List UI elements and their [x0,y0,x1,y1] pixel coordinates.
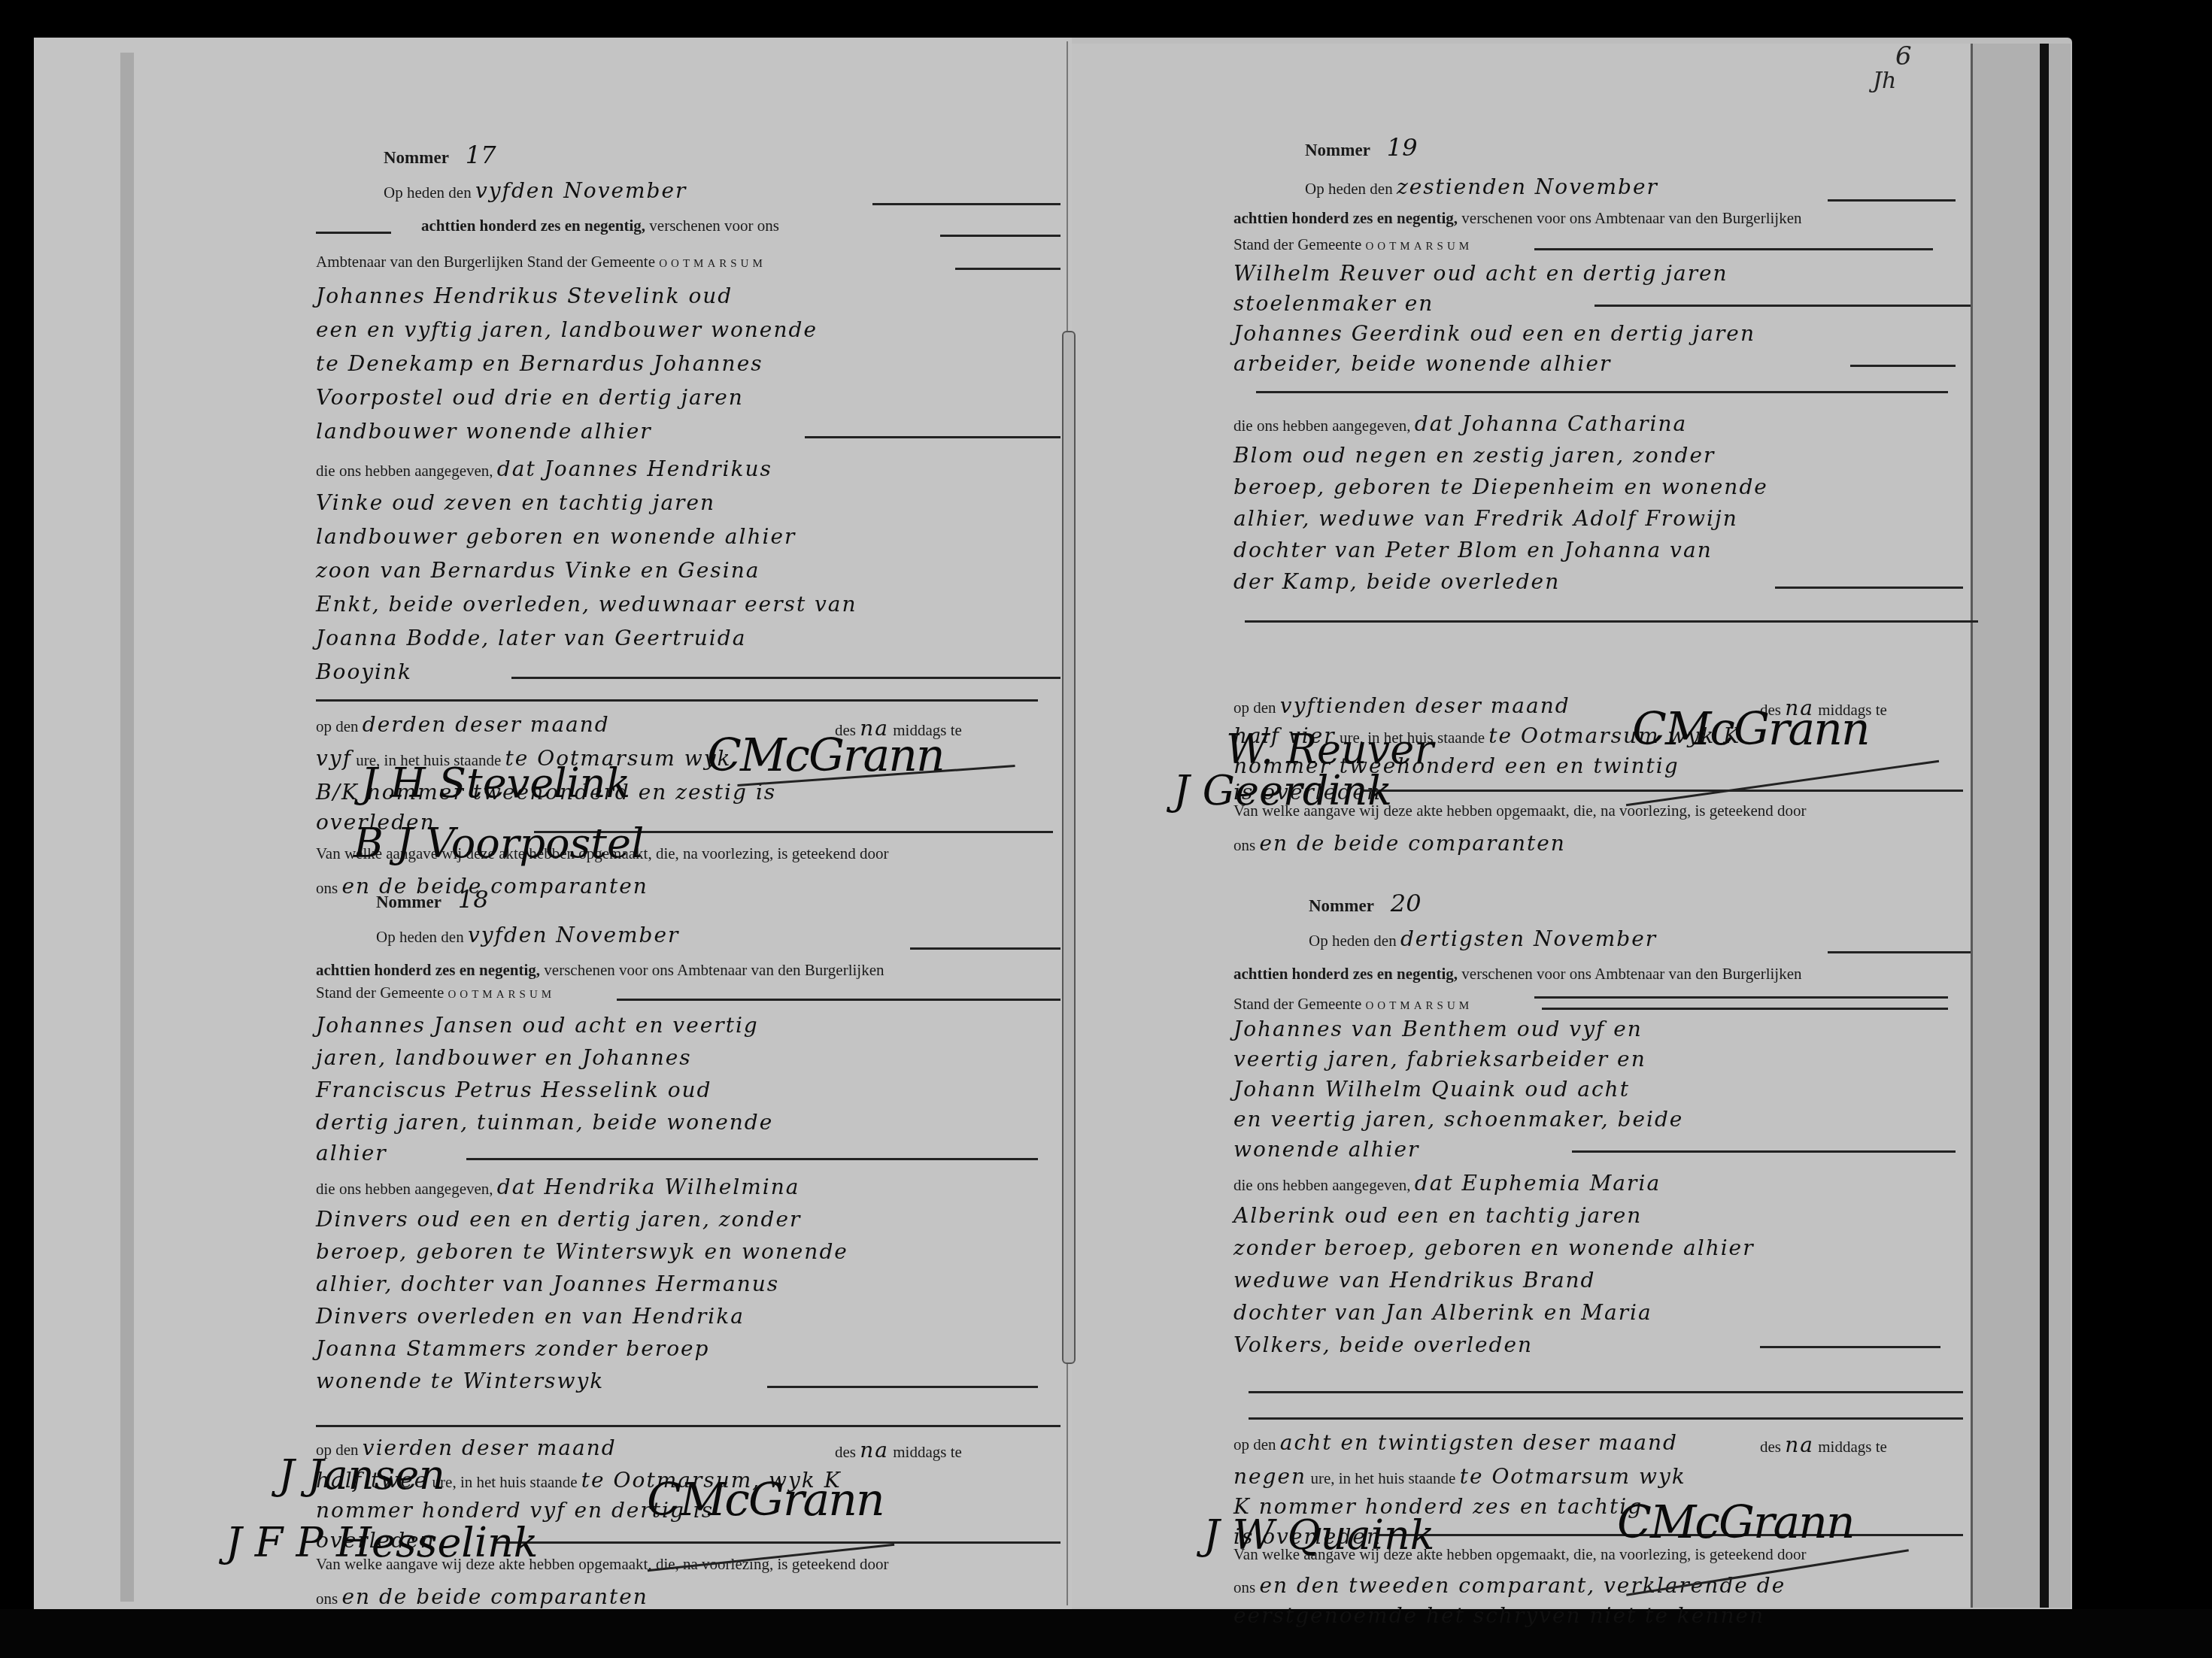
signature-declarant-1: J H Stevelink [361,759,630,807]
declarant-line: Johann Wilhelm Quaink oud acht [1233,1079,1630,1100]
fill-rule [1249,1417,1963,1420]
right-binding-edge [2040,44,2049,1608]
verschenen-text: verschenen voor ons Ambtenaar van den Bu… [544,961,884,979]
fill-rule [872,203,1060,205]
death-hour: vyf [316,746,352,771]
death-day: derden deser maand [363,712,610,737]
fill-rule [1760,1346,1940,1348]
nommer-value: 17 [466,141,496,169]
op-heden-label: Op heden den [1309,932,1397,950]
verschenen-text: verschenen voor ons Ambtenaar van den Bu… [1461,209,1801,227]
signed-by-line: en den tweeden comparant, verklarende de [1259,1573,1786,1598]
ambtenaar-text: Ambtenaar van den Burgerlijken Stand der… [316,253,655,271]
statement-line: Volkers, beide overleden [1233,1335,1533,1356]
fill-rule [316,699,1038,702]
fill-rule [1361,790,1963,792]
record-date: vyfden November [468,923,680,947]
statement-line: dat Johanna Catharina [1415,411,1687,436]
fill-rule [1542,1008,1948,1010]
signature-declarant-1: W. Reuver [1226,726,1434,773]
declarant-line: Wilhelm Reuver oud acht en dertig jaren [1233,263,1728,284]
statement-line: Joanna Stammers zonder beroep [316,1338,710,1359]
signature-declarant-1: J Jansen [278,1451,445,1499]
declarant-line: Johannes Geerdink oud een en dertig jare… [1233,323,1755,344]
page-number-annotation: Jh [1873,68,1896,94]
statement-line: zoon van Bernardus Vinke en Gesina [316,560,760,581]
fill-rule [1534,248,1933,250]
fill-rule [1572,1150,1956,1153]
fill-rule [511,677,1060,679]
declarant-line: jaren, landbouwer en Johannes [316,1047,692,1068]
declarant-line: stoelenmaker en [1233,293,1434,314]
signature-declarant-2: J F P Hesselink [226,1519,538,1566]
gemeente-name: OOTMARSUM [1366,1000,1473,1012]
nommer-label: Nommer [1305,141,1370,159]
statement-line: dat Joannes Hendrikus [497,456,772,481]
page-number: 6 [1895,41,1912,71]
declarant-line: Johannes Hendrikus Stevelink oud [316,286,733,307]
op-heden-label: Op heden den [376,928,464,946]
verschenen-text: verschenen voor ons Ambtenaar van den Bu… [1461,965,1801,983]
fill-rule [1256,391,1948,393]
declarant-line: Voorpostel oud drie en dertig jaren [316,387,744,408]
signature-declarant: J W Quaink [1203,1511,1435,1559]
fill-rule [910,947,1060,950]
statement-line: dat Euphemia Maria [1415,1171,1661,1196]
aangegeven-label: die ons hebben aangegeven, [316,462,493,480]
declarant-line: landbouwer wonende alhier [316,421,652,442]
signed-by: en de beide comparanten [341,1584,648,1609]
gemeente-name: OOTMARSUM [659,258,766,270]
fill-rule [1245,620,1978,623]
ons-label: ons [316,879,338,897]
bottom-shadow [0,1609,2212,1658]
fill-rule [1850,365,1956,367]
statement-line: Joanna Bodde, later van Geertruida [316,628,746,649]
middags-label: middags te [893,1443,962,1461]
fill-rule [316,1425,1060,1427]
statement-line: weduwe van Hendrikus Brand [1233,1270,1596,1291]
signature-declarant-2: B J Voorpostel [353,820,644,867]
fill-rule [767,1386,1038,1388]
signature-clerk: CMcGrann [647,1474,884,1526]
signature-declarant-2: J Geerdink [1173,767,1392,814]
verschenen-text: verschenen voor ons [649,217,779,235]
statement-line: Dinvers oud een en dertig jaren, zonder [316,1209,801,1230]
ure-label: ure, in het huis staande [1310,1469,1455,1487]
declarant-line: Johannes van Benthem oud vyf en [1233,1019,1643,1040]
statement-line: der Kamp, beide overleden [1233,571,1560,593]
declarant-line: Franciscus Petrus Hesselink oud [316,1080,712,1101]
statement-line: dat Hendrika Wilhelmina [497,1175,800,1199]
op-den-label: op den [1233,1435,1276,1453]
right-fold-strip [1971,44,2071,1608]
year-text: achttien honderd zes en negentig, [1233,209,1458,227]
statement-line: beroep, geboren te Diepenheim en wonende [1233,477,1768,498]
statement-line: Dinvers overleden en van Hendrika [316,1306,745,1327]
signed-by-line: eerstgenoemde het schryven niet te kenne… [1233,1605,1764,1626]
statement-line: zonder beroep, geboren en wonende alhier [1233,1238,1755,1259]
year-text: achttien honderd zes en negentig, [316,961,540,979]
declarant-line: arbeider, beide wonende alhier [1233,353,1611,374]
statement-line: dochter van Peter Blom en Johanna van [1233,540,1713,561]
stand-text: Stand der Gemeente [316,984,444,1002]
declarant-line: dertig jaren, tuinman, beide wonende [316,1112,773,1133]
fill-rule [940,235,1060,237]
fill-rule [316,232,391,234]
ons-label: ons [1233,1578,1255,1596]
fill-rule [1534,996,1948,999]
statement-line: Vinke oud zeven en tachtig jaren [316,493,715,514]
declarant-line: veertig jaren, fabrieksarbeider en [1233,1049,1646,1070]
record-date: dertigsten November [1400,926,1657,951]
statement-line: landbouwer geboren en wonende alhier [316,526,796,547]
des-label: des [1760,1438,1781,1456]
declarant-line: een en vyftig jaren, landbouwer wonende [316,320,818,341]
gemeente-name: OOTMARSUM [448,989,556,1001]
ons-label: ons [316,1590,338,1608]
nommer-label: Nommer [384,148,449,167]
fill-rule [617,999,1060,1001]
des-label: des [835,1443,856,1461]
nommer-value: 18 [458,885,489,914]
statement-line: Blom oud negen en zestig jaren, zonder [1233,445,1716,466]
nommer-value: 20 [1391,889,1422,917]
death-place: te Ootmarsum wyk [1460,1464,1686,1489]
ure-label: ure, in het huis staande [432,1473,578,1491]
statement-line: Alberink oud een en tachtig jaren [1233,1205,1642,1226]
middags-label: middags te [1818,1438,1887,1456]
fill-rule [496,1541,1060,1544]
statement-line: Enkt, beide overleden, weduwnaar eerst v… [316,594,857,615]
statement-line: beroep, geboren te Winterswyk en wonende [316,1241,848,1262]
fill-rule [1828,951,1971,953]
fill-rule [1828,199,1956,202]
statement-line: alhier, dochter van Joannes Hermanus [316,1274,779,1295]
death-day: acht en twintigsten deser maand [1280,1430,1678,1455]
year-text: achttien honderd zes en negentig, [421,217,645,235]
declarant-line: te Denekamp en Bernardus Johannes [316,353,763,374]
fill-rule [805,436,1060,438]
op-heden-label: Op heden den [1305,180,1393,198]
statement-line: Booyink [316,662,412,683]
binding-thread [1062,331,1076,1364]
declarant-line: alhier [316,1143,387,1164]
signed-by: en de beide comparanten [1259,831,1565,856]
aangegeven-label: die ons hebben aangegeven, [1233,1176,1411,1194]
signature-clerk: CMcGrann [1617,1496,1854,1549]
stand-text: Stand der Gemeente [1233,995,1361,1013]
death-day: vyftienden deser maand [1280,693,1570,718]
stand-text: Stand der Gemeente [1233,235,1361,253]
gemeente-name: OOTMARSUM [1366,241,1473,253]
declarant-line: en veertig jaren, schoenmaker, beide [1233,1109,1683,1130]
aangegeven-label: die ons hebben aangegeven, [1233,417,1411,435]
statement-line: wonende te Winterswyk [316,1371,604,1392]
nommer-value: 19 [1387,133,1418,162]
declarant-line: wonende alhier [1233,1139,1419,1160]
op-den-label: op den [316,717,359,735]
left-margin-fold [120,53,134,1602]
fill-rule [1595,305,1971,307]
statement-line: dochter van Jan Alberink en Maria [1233,1302,1652,1323]
declarant-line: Johannes Jansen oud acht en veertig [316,1015,759,1036]
des-value: na [1785,1432,1814,1457]
death-hour: negen [1233,1464,1306,1489]
statement-line: alhier, weduwe van Fredrik Adolf Frowijn [1233,508,1738,529]
des-value: na [860,1438,889,1462]
fill-rule [955,268,1060,270]
nommer-label: Nommer [376,893,441,911]
nommer-label: Nommer [1309,896,1374,915]
fill-rule [1775,587,1963,589]
ons-label: ons [1233,836,1255,854]
fill-rule [466,1158,1038,1160]
record-date: vyfden November [475,178,687,203]
signature-clerk: CMcGrann [1632,703,1869,756]
op-den-label: op den [1233,699,1276,717]
fill-rule [1249,1391,1963,1393]
record-date: zestienden November [1397,174,1658,199]
op-heden-label: Op heden den [384,183,472,202]
year-text: achttien honderd zes en negentig, [1233,965,1458,983]
aangegeven-label: die ons hebben aangegeven, [316,1180,493,1198]
